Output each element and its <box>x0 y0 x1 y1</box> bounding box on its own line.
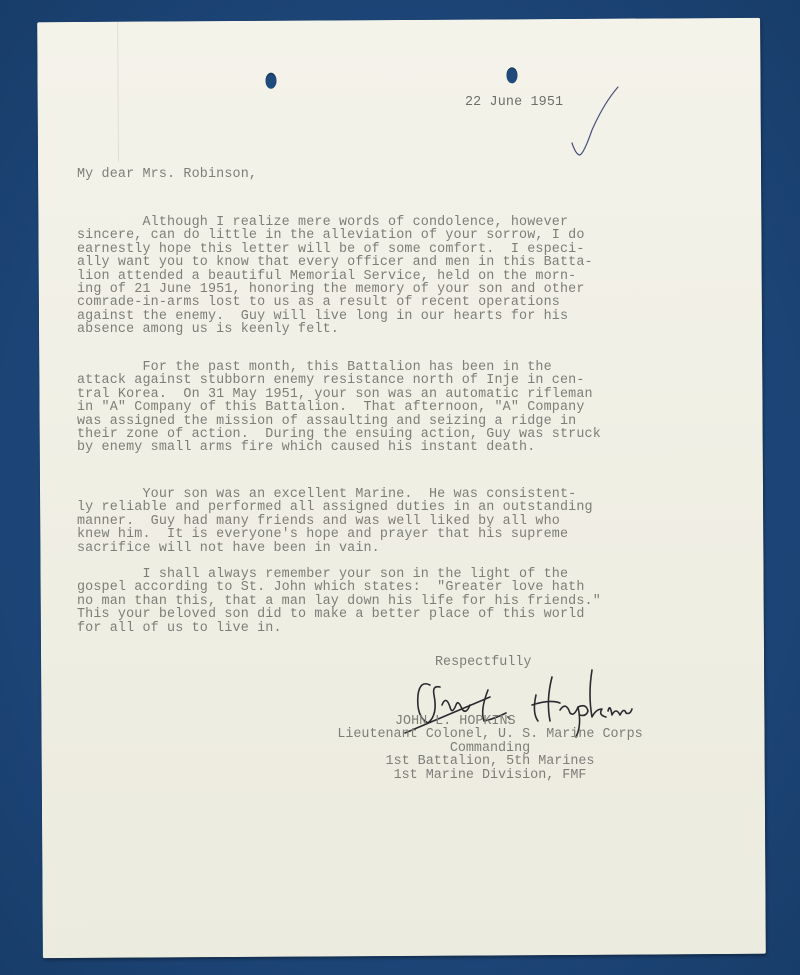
paragraph-4: I shall always remember your son in the … <box>77 568 717 635</box>
text-line: gospel according to St. John which state… <box>77 581 717 594</box>
signer-rank: Lieutenant Colonel, U. S. Marine Corps <box>295 728 685 742</box>
salutation: My dear Mrs. Robinson, <box>77 168 257 181</box>
text-line: For the past month, this Battalion has b… <box>77 361 717 374</box>
text-line: Your son was an excellent Marine. He was… <box>77 488 717 501</box>
text-line: comrade-in-arms lost to us as a result o… <box>77 296 717 309</box>
text-line: against the enemy. Guy will live long in… <box>77 310 717 323</box>
text-line: attack against stubborn enemy resistance… <box>77 374 717 387</box>
text-line: This your beloved son did to make a bett… <box>77 608 717 621</box>
signature-block: Lieutenant Colonel, U. S. Marine Corps C… <box>295 728 685 782</box>
text-line: sacrifice will not have been in vain. <box>77 542 717 555</box>
signer-unit: 1st Battalion, 5th Marines <box>295 755 685 769</box>
paragraph-2: For the past month, this Battalion has b… <box>77 361 717 455</box>
signer-division: 1st Marine Division, FMF <box>295 769 685 783</box>
text-line: Although I realize mere words of condole… <box>77 216 717 229</box>
signer-role: Commanding <box>295 742 685 756</box>
text-line: ally want you to know that every officer… <box>77 256 717 269</box>
text-line: tral Korea. On 31 May 1951, your son was… <box>77 388 717 401</box>
check-mark-icon <box>570 85 620 160</box>
punch-hole-right <box>506 67 517 83</box>
paragraph-3: Your son was an excellent Marine. He was… <box>77 488 717 555</box>
text-line: in "A" Company of this Battalion. That a… <box>77 401 717 414</box>
text-line: was assigned the mission of assaulting a… <box>77 415 717 428</box>
punch-hole-left <box>265 73 276 89</box>
text-line: knew him. It is everyone's hope and pray… <box>77 528 717 541</box>
text-line: by enemy small arms fire which caused hi… <box>77 441 717 454</box>
text-line: sincere, can do little in the alleviatio… <box>77 229 717 242</box>
text-line: I shall always remember your son in the … <box>77 568 717 581</box>
text-line: their zone of action. During the ensuing… <box>77 428 717 441</box>
text-line: no man than this, that a man lay down hi… <box>77 595 717 608</box>
text-line: for all of us to live in. <box>77 622 717 635</box>
text-line: earnestly hope this letter will be of so… <box>77 243 717 256</box>
text-line: lion attended a beautiful Memorial Servi… <box>77 270 717 283</box>
text-line: absence among us is keenly felt. <box>77 323 717 336</box>
text-line: ing of 21 June 1951, honoring the memory… <box>77 283 717 296</box>
text-line: ly reliable and performed all assigned d… <box>77 501 717 514</box>
paragraph-1: Although I realize mere words of condole… <box>77 216 717 337</box>
letter-date: 22 June 1951 <box>465 96 563 109</box>
text-line: manner. Guy had many friends and was wel… <box>77 515 717 528</box>
paper-fold-crease <box>117 22 119 162</box>
